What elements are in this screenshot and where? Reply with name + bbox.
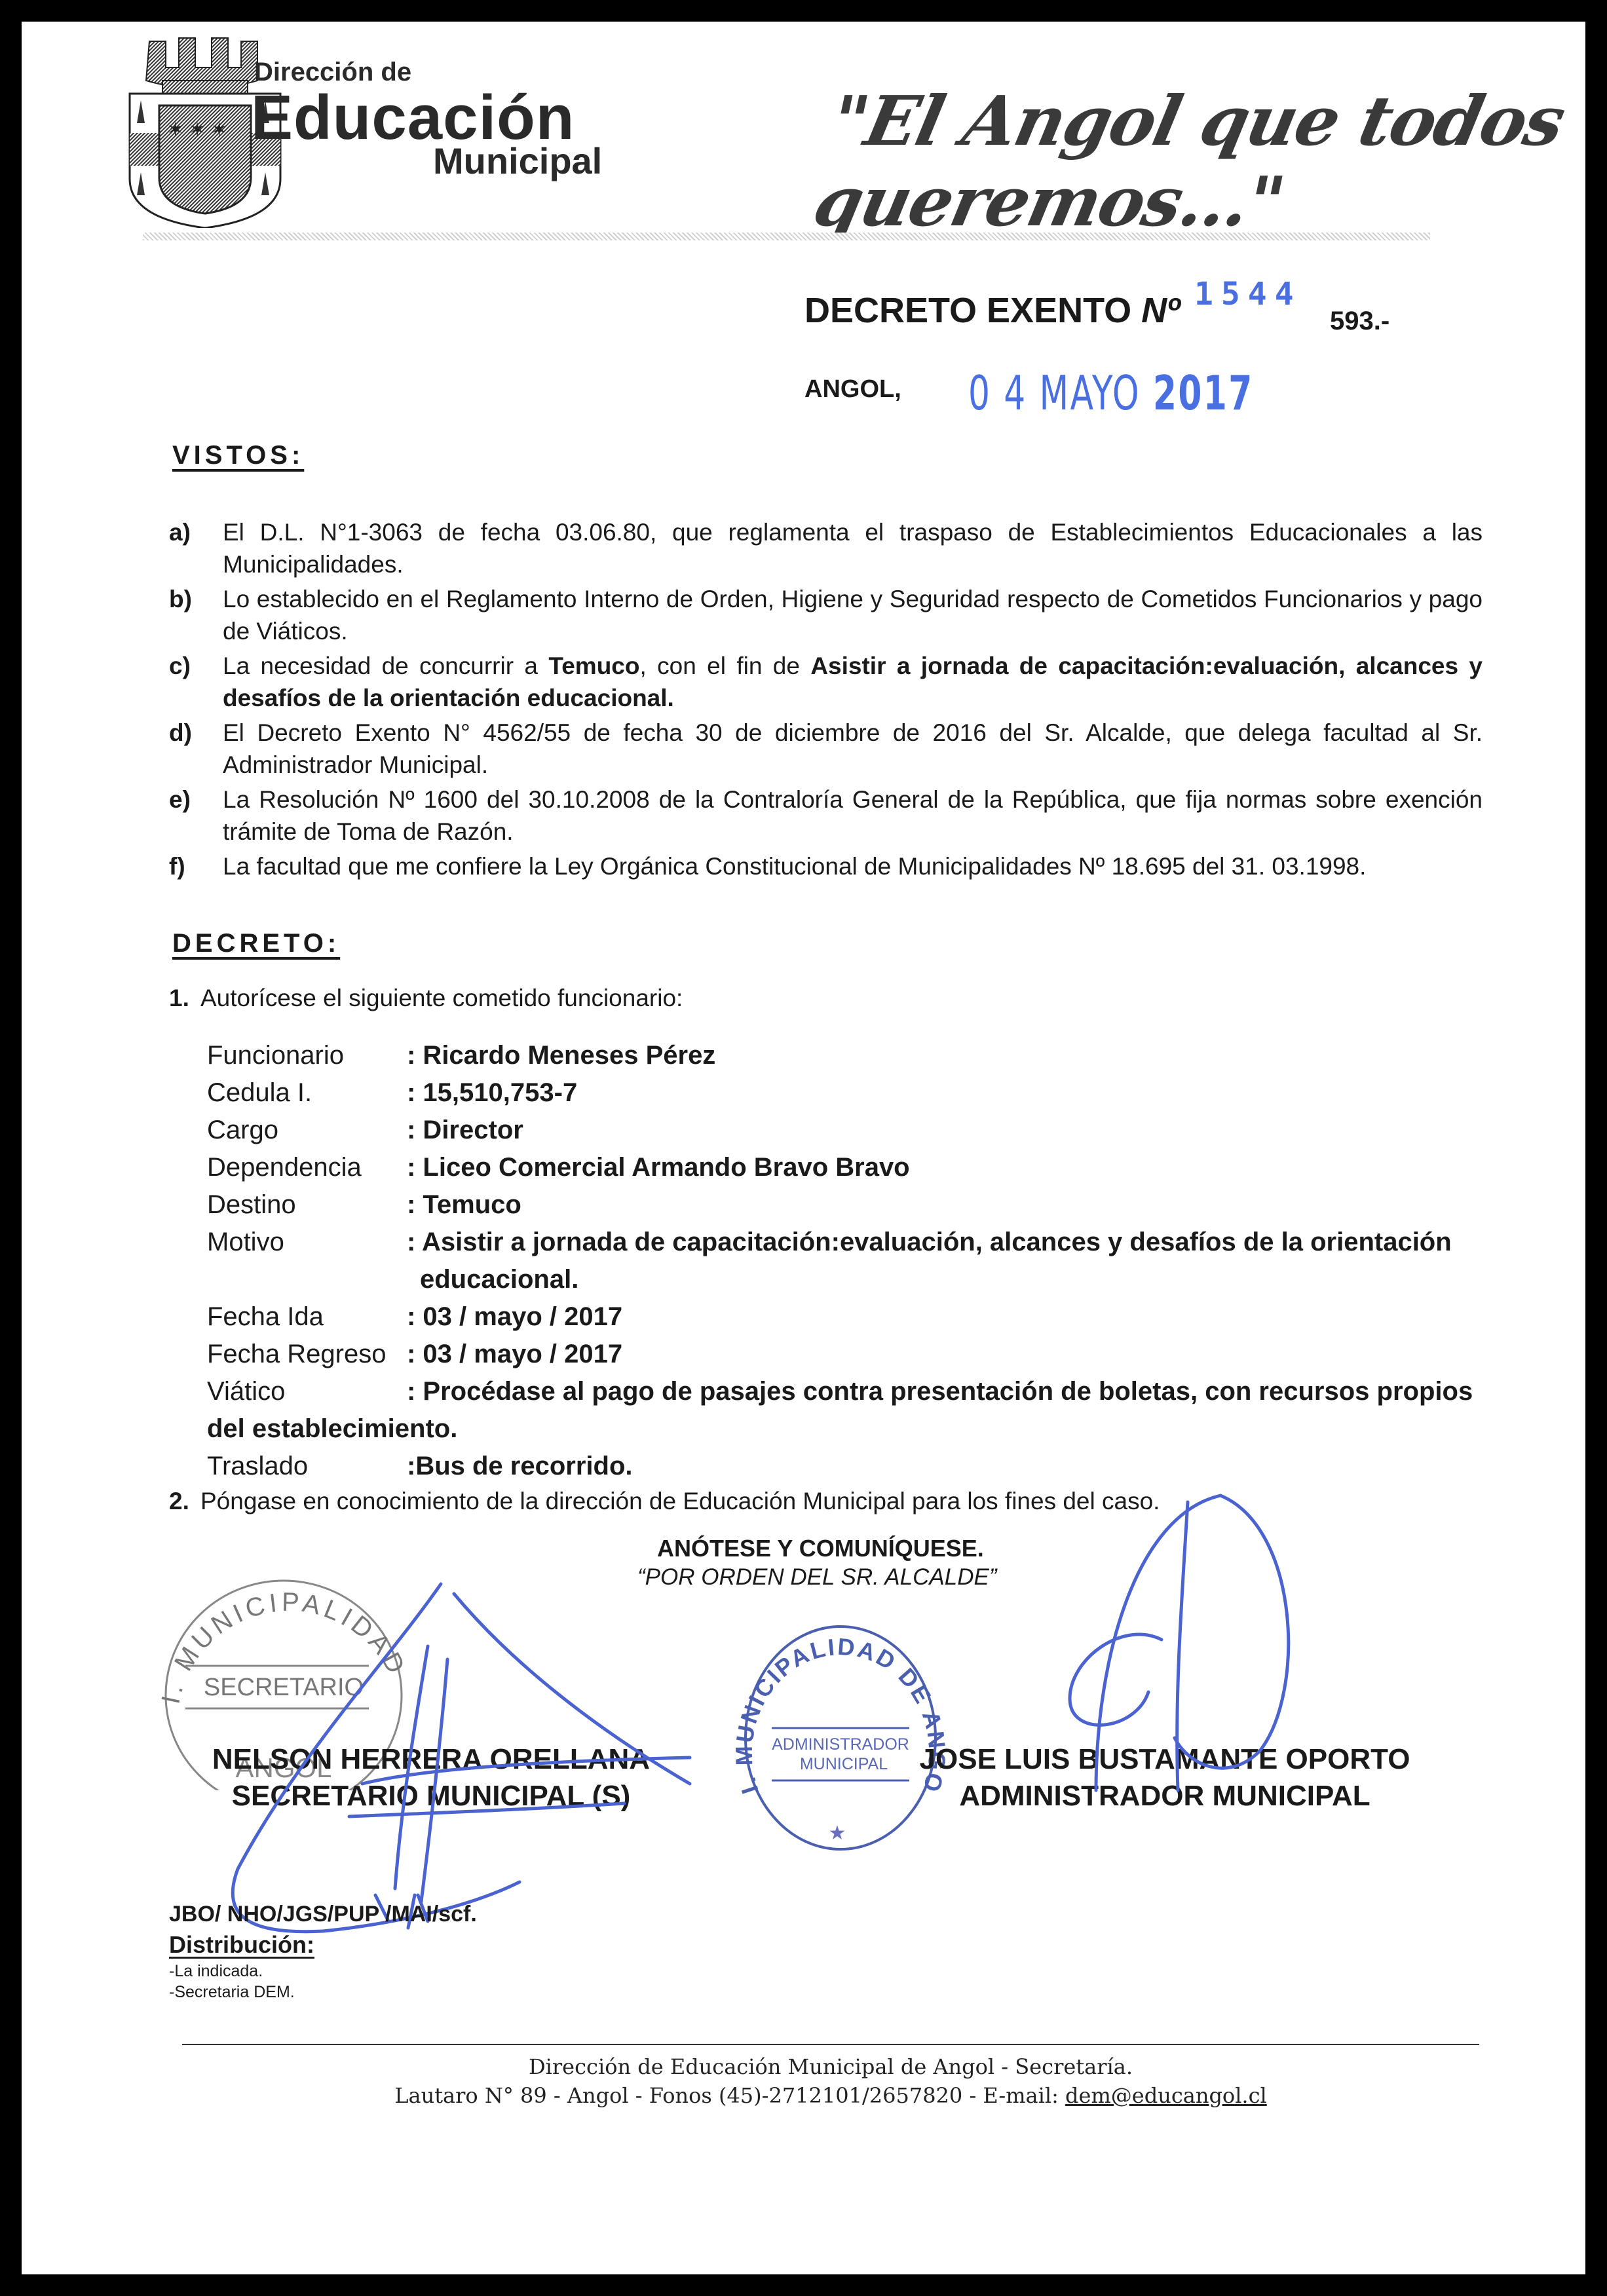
field-label: Funcionario	[207, 1037, 407, 1074]
vistos-heading: VISTOS:	[172, 441, 304, 470]
stamp-center-text-2: MUNICIPAL	[800, 1755, 888, 1773]
item-text: Autorícese el siguiente cometido funcion…	[200, 985, 683, 1011]
initials-reference: JBO/ NHO/JGS/PUP /MAI/scf.	[169, 1902, 477, 1927]
stamp-center-text-1: ADMINISTRADOR	[772, 1735, 909, 1754]
item-text: Lo establecido en el Reglamento Interno …	[223, 583, 1483, 647]
item-marker: d)	[169, 717, 223, 781]
field-value: : Ricardo Meneses Pérez	[407, 1037, 1484, 1074]
item-text: La Resolución Nº 1600 del 30.10.2008 de …	[223, 783, 1483, 848]
stamped-date-year: 2017	[1153, 366, 1254, 421]
place-label: ANGOL,	[804, 375, 901, 404]
item-marker: c)	[169, 650, 223, 714]
field-row-viatico: Viático : Procédase al pago de pasajes c…	[207, 1373, 1484, 1410]
viatico-continuation: del establecimiento.	[207, 1410, 1484, 1448]
item-text: El D.L. N°1-3063 de fecha 03.06.80, que …	[223, 516, 1483, 580]
field-value: :Bus de recorrido.	[407, 1448, 1484, 1485]
item-marker: 1.	[169, 985, 200, 1012]
field-row-traslado: Traslado :Bus de recorrido.	[207, 1448, 1484, 1485]
field-label: Viático	[207, 1373, 407, 1410]
slogan: "El Angol que todos queremos..."	[807, 81, 1585, 242]
footer-email-link[interactable]: dem@educangol.cl	[1065, 2083, 1267, 2108]
signatory-right-title: ADMINISTRADOR MUNICIPAL	[893, 1778, 1437, 1815]
field-row-fecha-ida: Fecha Ida : 03 / mayo / 2017	[207, 1298, 1484, 1336]
vistos-item: f) La facultad que me confiere la Ley Or…	[169, 850, 1483, 882]
distribution-item: -La indicada.	[169, 1961, 295, 1982]
distribution-heading: Distribución:	[169, 1931, 314, 1959]
text-fragment: La necesidad de concurrir a	[223, 652, 548, 679]
field-row-cedula: Cedula I. : 15,510,753-7	[207, 1074, 1484, 1112]
field-row-funcionario: Funcionario : Ricardo Meneses Pérez	[207, 1037, 1484, 1074]
item-text: El Decreto Exento N° 4562/55 de fecha 30…	[223, 717, 1483, 781]
item-marker: b)	[169, 583, 223, 647]
decreto-heading: DECRETO:	[172, 929, 340, 958]
commission-fields: Funcionario : Ricardo Meneses Pérez Cedu…	[207, 1037, 1484, 1485]
field-label: Fecha Ida	[207, 1298, 407, 1336]
item-text: La necesidad de concurrir a Temuco, con …	[223, 650, 1483, 714]
field-value-continuation: educacional.	[407, 1265, 578, 1294]
text-fragment: , con el fin de	[639, 652, 810, 679]
stamped-decree-number: 1544	[1194, 276, 1302, 312]
field-label: Dependencia	[207, 1149, 407, 1186]
svg-text:★: ★	[829, 1822, 846, 1844]
signatory-right-name: JOSE LUIS BUSTAMANTE OPORTO	[893, 1741, 1437, 1778]
footer-line-2: Lautaro N° 89 - Angol - Fonos (45)-27121…	[182, 2081, 1479, 2110]
field-label: Cargo	[207, 1112, 407, 1149]
item-marker: f)	[169, 850, 223, 882]
field-row-destino: Destino : Temuco	[207, 1186, 1484, 1224]
field-label: Cedula I.	[207, 1074, 407, 1112]
vistos-item: a) El D.L. N°1-3063 de fecha 03.06.80, q…	[169, 516, 1483, 580]
field-value: : Temuco	[407, 1186, 1484, 1224]
item-marker: 2.	[169, 1488, 200, 1515]
field-label: Fecha Regreso	[207, 1336, 407, 1373]
field-value: : 15,510,753-7	[407, 1074, 1484, 1112]
decreto-item-2: 2.Póngase en conocimiento de la direcció…	[169, 1488, 1160, 1515]
field-row-dependencia: Dependencia : Liceo Comercial Armando Br…	[207, 1149, 1484, 1186]
field-value: : Liceo Comercial Armando Bravo Bravo	[407, 1149, 1484, 1186]
footer-address: Lautaro N° 89 - Angol - Fonos (45)-27121…	[394, 2083, 1065, 2108]
svg-text:✶ ✶ ✶: ✶ ✶ ✶	[167, 119, 227, 141]
vistos-item: c) La necesidad de concurrir a Temuco, c…	[169, 650, 1483, 714]
item-text: Póngase en conocimiento de la dirección …	[200, 1488, 1160, 1515]
por-orden-text: “POR ORDEN DEL SR. ALCALDE”	[637, 1564, 996, 1590]
vistos-item: e) La Resolución Nº 1600 del 30.10.2008 …	[169, 783, 1483, 848]
field-value: : 03 / mayo / 2017	[407, 1336, 1484, 1373]
logo-line-3: Municipal	[433, 140, 602, 182]
stamped-date-day: 0 4	[968, 366, 1027, 421]
signatory-left-name: NELSON HERRERA ORELLANA	[195, 1741, 667, 1778]
field-label: Motivo	[207, 1224, 407, 1298]
field-row-motivo: Motivo : Asistir a jornada de capacitaci…	[207, 1224, 1484, 1298]
signatory-right: JOSE LUIS BUSTAMANTE OPORTO ADMINISTRADO…	[893, 1741, 1437, 1815]
distribution-item: -Secretaria DEM.	[169, 1982, 295, 2003]
signatory-left: NELSON HERRERA ORELLANA SECRETARIO MUNIC…	[195, 1741, 667, 1815]
stamped-date-month: MAYO	[1039, 366, 1141, 421]
item-marker: e)	[169, 783, 223, 848]
field-value: : Asistir a jornada de capacitación:eval…	[407, 1224, 1484, 1298]
distribution-list: -La indicada. -Secretaria DEM.	[169, 1961, 295, 2003]
number-symbol: Nº	[1141, 291, 1180, 330]
field-row-cargo: Cargo : Director	[207, 1112, 1484, 1149]
signatory-left-title: SECRETARIO MUNICIPAL (S)	[195, 1778, 667, 1815]
decree-title: DECRETO EXENTO Nº	[804, 290, 1180, 331]
vistos-item: b) Lo establecido en el Reglamento Inter…	[169, 583, 1483, 647]
decree-number-suffix: 593.-	[1330, 307, 1390, 336]
decree-page: ✶ ✶ ✶ Dirección de Educación Municipal "…	[22, 22, 1585, 2274]
field-label: Destino	[207, 1186, 407, 1224]
decree-title-prefix: DECRETO EXENTO	[804, 291, 1131, 330]
stamp-center-text: SECRETARIO	[204, 1674, 364, 1701]
field-row-fecha-regreso: Fecha Regreso : 03 / mayo / 2017	[207, 1336, 1484, 1373]
decreto-item-1: 1.Autorícese el siguiente cometido funci…	[169, 985, 683, 1012]
header-divider	[143, 233, 1430, 240]
footer: Dirección de Educación Municipal de Ango…	[182, 2052, 1479, 2110]
vistos-item: d) El Decreto Exento N° 4562/55 de fecha…	[169, 717, 1483, 781]
anotese-text: ANÓTESE Y COMUNÍQUESE.	[657, 1535, 984, 1562]
footer-divider	[182, 2044, 1479, 2045]
field-label: Traslado	[207, 1448, 407, 1485]
stamped-date: 0 4 MAYO 2017	[968, 366, 1254, 421]
item-marker: a)	[169, 516, 223, 580]
destination-bold: Temuco	[548, 652, 639, 679]
footer-line-1: Dirección de Educación Municipal de Ango…	[182, 2052, 1479, 2081]
item-text: La facultad que me confiere la Ley Orgán…	[223, 850, 1483, 882]
field-value: : 03 / mayo / 2017	[407, 1298, 1484, 1336]
vistos-list: a) El D.L. N°1-3063 de fecha 03.06.80, q…	[169, 516, 1483, 885]
field-value-line: : Asistir a jornada de capacitación:eval…	[407, 1228, 1452, 1256]
field-value: : Procédase al pago de pasajes contra pr…	[407, 1373, 1484, 1410]
field-value: : Director	[407, 1112, 1484, 1149]
administrador-stamp-icon: I. MUNICIPALIDAD DE ANGOL ADMINISTRADOR …	[732, 1620, 949, 1856]
